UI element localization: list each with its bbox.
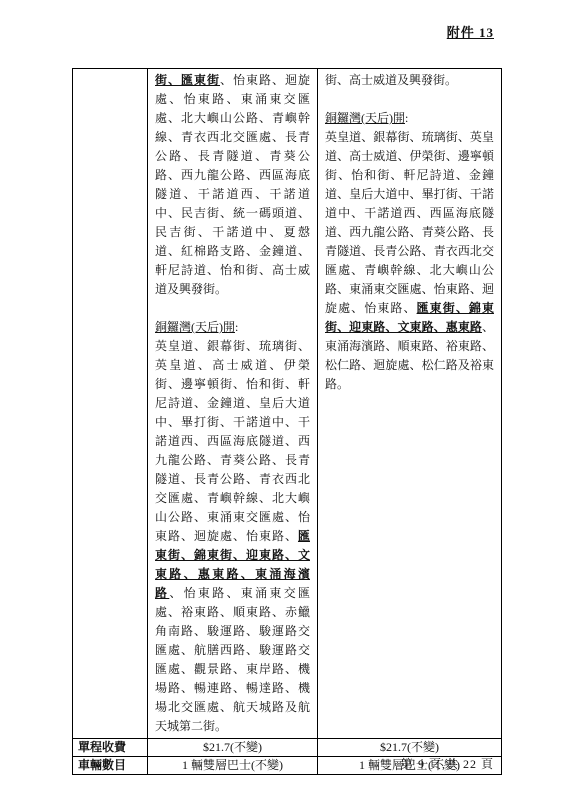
route-paragraph-return: 英皇道、銀幕街、琉璃街、英皇道、高士威道、伊榮街、邊寧頓街、怡和街、軒尼詩道、金… xyxy=(325,128,494,394)
route-description-column-1: 街、匯東街、怡東路、迴旋處、怡東路、東涌東交匯處、北大嶼山公路、青嶼幹線、青衣西… xyxy=(148,69,318,739)
fare-label: 單程收費 xyxy=(73,739,148,757)
blank-line xyxy=(325,90,494,109)
fare-value-column-1: $21.7(不變) xyxy=(148,739,318,757)
blank-line xyxy=(155,299,310,318)
route-description-column-2: 街、高士威道及興發街。 銅鑼灣(天后)開: 英皇道、銀幕街、琉璃街、英皇道、高士… xyxy=(318,69,502,739)
route-heading-causeway-bay: 銅鑼灣(天后)開: xyxy=(325,109,494,128)
route-paragraph-return: 英皇道、銀幕街、琉璃街、英皇道、高士威道、伊榮街、邊寧頓街、怡和街、軒尼詩道、金… xyxy=(155,337,310,736)
vehicle-count-value-column-1: 1 輛雙層巴士(不變) xyxy=(148,757,318,775)
page-number-footer: 第 9 頁,共 22 頁 xyxy=(401,755,494,772)
vehicle-count-label: 車輛數目 xyxy=(73,757,148,775)
fare-value-column-2: $21.7(不變) xyxy=(318,739,502,757)
fare-row: 單程收費 $21.7(不變) $21.7(不變) xyxy=(73,739,502,757)
route-table: 街、匯東街、怡東路、迴旋處、怡東路、東涌東交匯處、北大嶼山公路、青嶼幹線、青衣西… xyxy=(72,68,502,775)
detail-row-label-cell xyxy=(73,69,148,739)
document-page: 附件 13 街、匯東街、怡東路、迴旋處、怡東路、東涌東交匯處、北大嶼山公路、青嶼… xyxy=(0,0,566,800)
route-heading-causeway-bay: 銅鑼灣(天后)開: xyxy=(155,318,310,337)
annex-label: 附件 13 xyxy=(447,22,494,41)
route-detail-row: 街、匯東街、怡東路、迴旋處、怡東路、東涌東交匯處、北大嶼山公路、青嶼幹線、青衣西… xyxy=(73,69,502,739)
route-paragraph-outbound-continued: 街、匯東街、怡東路、迴旋處、怡東路、東涌東交匯處、北大嶼山公路、青嶼幹線、青衣西… xyxy=(155,71,310,299)
route-paragraph-outbound-continued: 街、高士威道及興發街。 xyxy=(325,71,494,90)
